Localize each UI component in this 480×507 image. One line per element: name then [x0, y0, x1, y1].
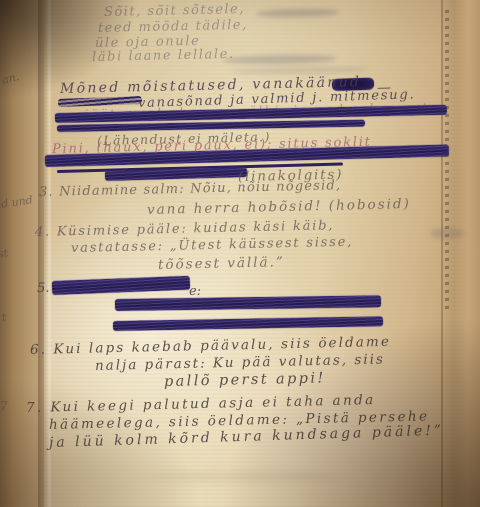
handwritten-fragment: e: — [189, 284, 201, 299]
notebook-page-photo: an. nd und st t 7 Sõit, sõit sõtsele, te… — [0, 0, 480, 507]
ink-smudge — [150, 472, 340, 481]
handwritten-line: tõõsest vällä.” — [158, 254, 285, 273]
ink-smudge — [430, 228, 464, 239]
adjacent-page-text-fragment: 7 — [0, 399, 8, 413]
item-number: 5. — [37, 281, 50, 296]
stitch-marks — [445, 10, 449, 310]
